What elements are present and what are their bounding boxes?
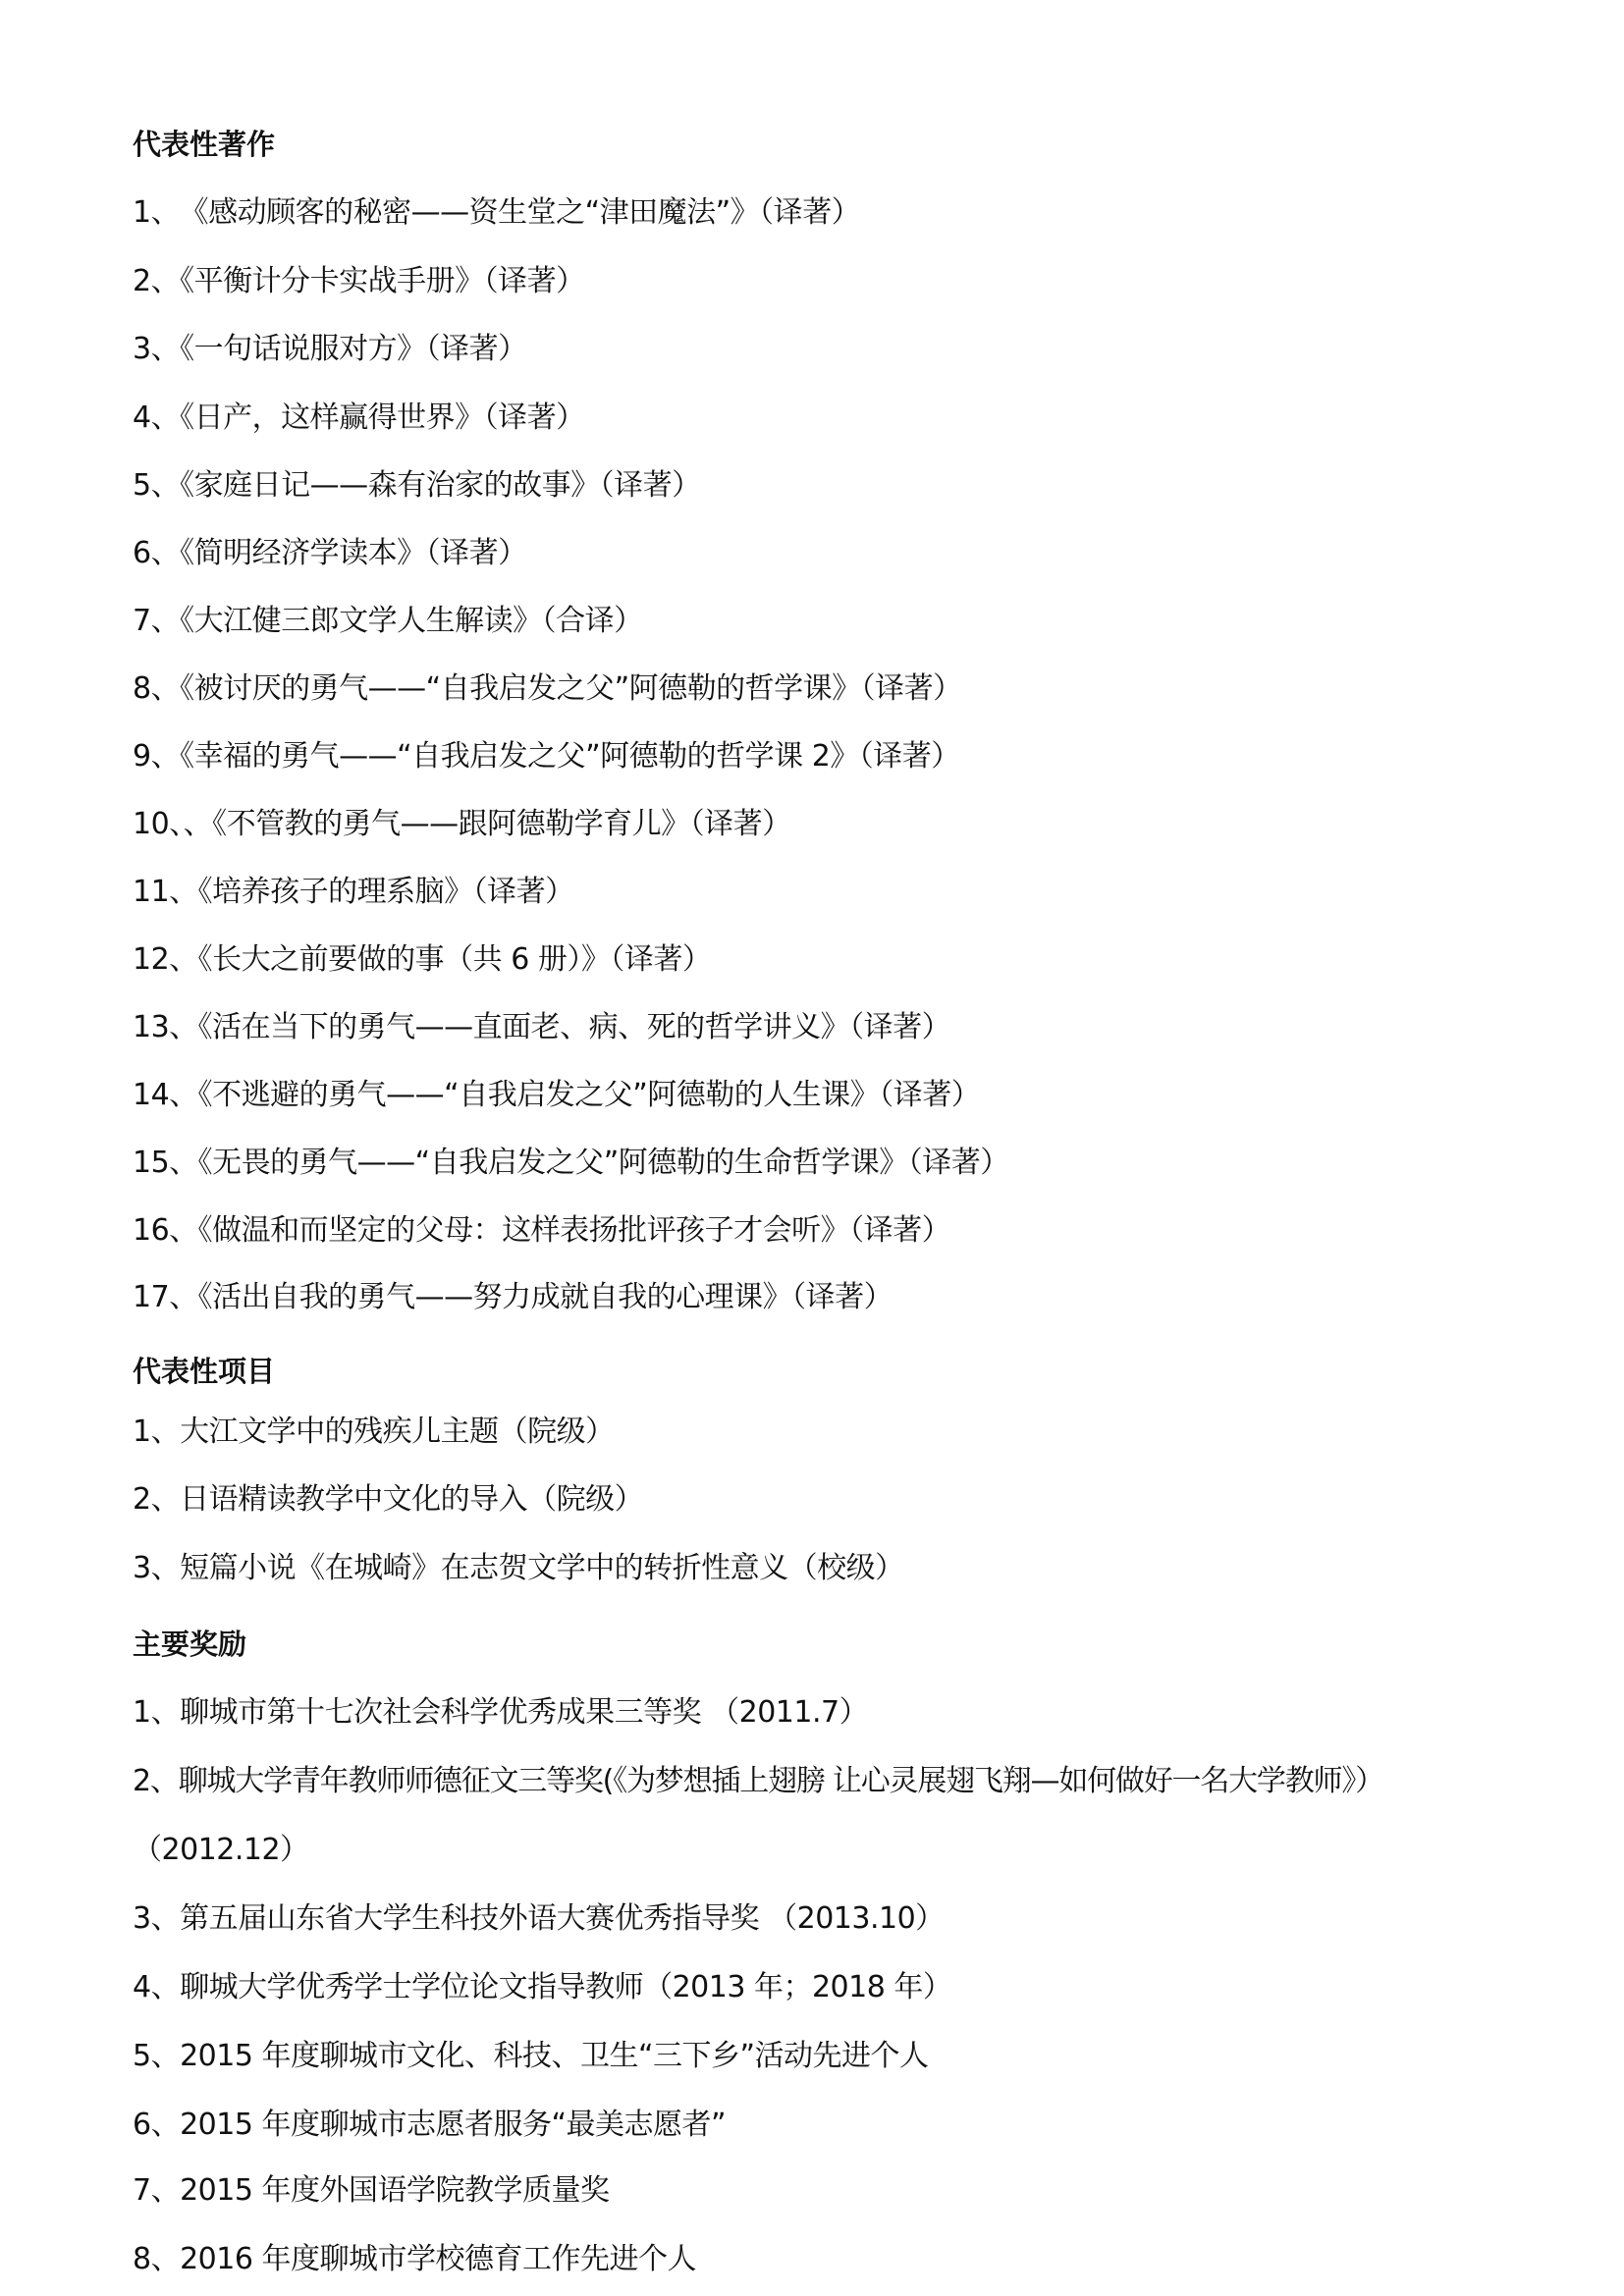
works-item: 2、《平衡计分卡实战手册》（译著） (133, 247, 585, 316)
section-heading-projects: 代表性项目 (133, 1337, 275, 1406)
document-page: 代表性著作 1、 《感动顾客的秘密——资生堂之“津田魔法”》（译著） 2、《平衡… (0, 0, 1624, 2296)
section-heading-works: 代表性著作 (133, 110, 275, 179)
works-item: 9、《幸福的勇气——“自我启发之父”阿德勒的哲学课 2》（译著） (133, 722, 960, 791)
award-item: 7、2015 年度外国语学院教学质量奖 (133, 2157, 609, 2225)
works-item: 10、、《不管教的勇气——跟阿德勒学育儿》（译著） (133, 790, 791, 859)
project-item: 3、短篇小说《在城崎》在志贺文学中的转折性意义（校级） (133, 1534, 904, 1603)
award-item: 4、聊城大学优秀学士学位论文指导教师（2013 年；2018 年） (133, 1953, 951, 2022)
works-item: 12、《长大之前要做的事（共 6 册）》（译著） (133, 926, 711, 994)
works-item: 8、《被讨厌的勇气——“自我启发之父”阿德勒的哲学课》（译著） (133, 655, 962, 723)
works-item: 4、《日产，这样赢得世界》（译著） (133, 384, 585, 453)
works-item: 6、《简明经济学读本》（译著） (133, 519, 527, 588)
award-item-continuation: （2012.12） (133, 1816, 309, 1885)
works-item: 15、《无畏的勇气——“自我启发之父”阿德勒的生命哲学课》（译著） (133, 1129, 1009, 1198)
works-item: 3、《一句话说服对方》（译著） (133, 315, 527, 384)
project-item: 2、日语精读教学中文化的导入（院级） (133, 1466, 643, 1534)
section-heading-awards: 主要奖励 (133, 1610, 246, 1679)
award-item: 1、聊城市第十七次社会科学优秀成果三等奖 （2011.7） (133, 1679, 868, 1747)
works-item: 5、《家庭日记——森有治家的故事》（译著） (133, 452, 701, 520)
works-item: 13、《活在当下的勇气——直面老、病、死的哲学讲义》（译著） (133, 993, 950, 1062)
award-item: 5、2015 年度聊城市文化、科技、卫生“三下乡”活动先进个人 (133, 2022, 929, 2091)
works-item: 1、 《感动顾客的秘密——资生堂之“津田魔法”》（译著） (133, 179, 860, 247)
award-item: 3、第五届山东省大学生科技外语大赛优秀指导奖 （2013.10） (133, 1885, 945, 1953)
works-item: 17、《活出自我的勇气——努力成就自我的心理课》（译著） (133, 1263, 893, 1332)
works-item: 7、《大江健三郎文学人生解读》（合译） (133, 587, 643, 656)
works-item: 16、《做温和而坚定的父母：这样表扬批评孩子才会听》（译著） (133, 1197, 950, 1265)
project-item: 1、大江文学中的残疾儿主题（院级） (133, 1398, 615, 1467)
award-item: 2、聊城大学青年教师师德征文三等奖(《为梦想插上翅膀 让心灵展翅飞翔—如何做好一… (133, 1747, 1383, 1816)
award-item: 6、2015 年度聊城市志愿者服务“最美志愿者” (133, 2091, 726, 2160)
award-item: 8、2016 年度聊城市学校德育工作先进个人 (133, 2225, 696, 2294)
works-item: 14、《不逃避的勇气——“自我启发之父”阿德勒的人生课》（译著） (133, 1061, 980, 1130)
works-item: 11、《培养孩子的理系脑》（译著） (133, 858, 574, 927)
